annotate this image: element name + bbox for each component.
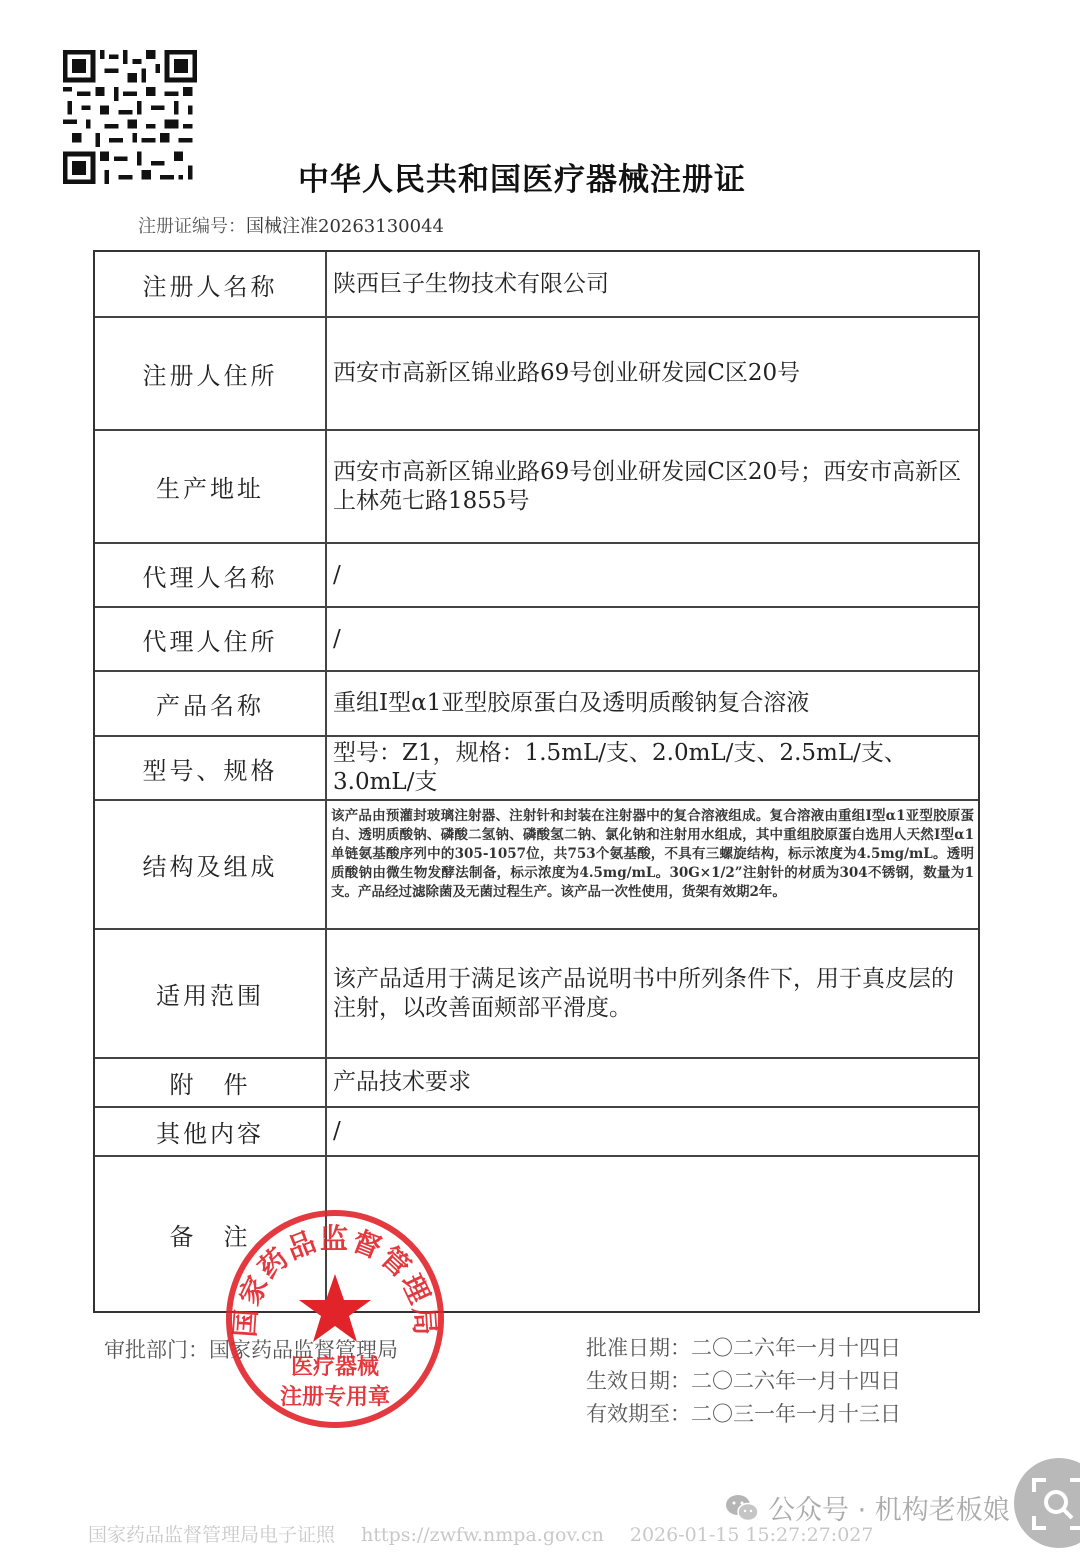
expiry-date: 有效期至：二〇三一年一月十三日 [586,1398,901,1431]
row-value: 西安市高新区锦业路69号创业研发园C区20号 [327,318,978,429]
row-label: 结构及组成 [95,801,327,928]
row-value: 该产品由预灌封玻璃注射器、注射针和封装在注射器中的复合溶液组成。复合溶液由重组I… [327,801,978,928]
row-label: 产品名称 [95,672,327,735]
official-seal-icon: 国家药品监督管理局 医疗器械 注册专用章 [222,1206,448,1432]
table-row: 注册人名称 陕西巨子生物技术有限公司 [95,252,978,318]
row-value: 型号：Z1，规格：1.5mL/支、2.0mL/支、2.5mL/支、3.0mL/支 [327,737,978,799]
row-value: 重组I型α1亚型胶原蛋白及透明质酸钠复合溶液 [327,672,978,735]
e-cert-url[interactable]: https://zwfw.nmpa.gov.cn [361,1524,604,1546]
document-title: 中华人民共和国医疗器械注册证 [298,154,746,199]
row-label: 生产地址 [95,431,327,542]
row-value: 该产品适用于满足该产品说明书中所列条件下，用于真皮层的注射，以改善面颊部平滑度。 [327,930,978,1057]
e-certificate-footer: 国家药品监督管理局电子证照 https://zwfw.nmpa.gov.cn 2… [88,1520,893,1547]
wechat-icon [724,1493,760,1523]
row-value: 西安市高新区锦业路69号创业研发园C区20号；西安市高新区上林苑七路1855号 [327,431,978,542]
table-row: 代理人住所 / [95,608,978,672]
table-row: 型号、规格 型号：Z1，规格：1.5mL/支、2.0mL/支、2.5mL/支、3… [95,737,978,801]
image-search-button[interactable] [1014,1458,1080,1548]
table-row: 结构及组成 该产品由预灌封玻璃注射器、注射针和封装在注射器中的复合溶液组成。复合… [95,801,978,930]
table-row: 注册人住所 西安市高新区锦业路69号创业研发园C区20号 [95,318,978,431]
row-label: 代理人住所 [95,608,327,670]
table-row: 附 件 产品技术要求 [95,1059,978,1108]
registration-number-value: 国械注准20263130044 [246,216,444,237]
row-label: 注册人名称 [95,252,327,316]
row-value: / [327,608,978,670]
e-cert-timestamp: 2026-01-15 15:27:27:027 [630,1524,874,1546]
dates-block: 批准日期：二〇二六年一月十四日 生效日期：二〇二六年一月十四日 有效期至：二〇三… [586,1332,901,1431]
approval-date: 批准日期：二〇二六年一月十四日 [586,1332,901,1365]
e-cert-issuer: 国家药品监督管理局电子证照 [88,1524,335,1546]
qr-code-icon [62,50,198,184]
effective-date: 生效日期：二〇二六年一月十四日 [586,1365,901,1398]
row-value: / [327,1108,978,1155]
svg-text:医疗器械: 医疗器械 [291,1354,380,1380]
row-label: 其他内容 [95,1108,327,1155]
registration-table: 注册人名称 陕西巨子生物技术有限公司 注册人住所 西安市高新区锦业路69号创业研… [93,250,980,1313]
row-label: 型号、规格 [95,737,327,799]
row-value: 产品技术要求 [327,1059,978,1106]
table-row: 代理人名称 / [95,544,978,608]
registration-number-label: 注册证编号： [138,216,246,237]
row-value: / [327,544,978,606]
row-label: 适用范围 [95,930,327,1057]
table-row: 其他内容 / [95,1108,978,1157]
image-search-icon [1028,1474,1080,1534]
row-label: 附 件 [95,1059,327,1106]
registration-number: 注册证编号：国械注准20263130044 [138,212,444,238]
table-row: 生产地址 西安市高新区锦业路69号创业研发园C区20号；西安市高新区上林苑七路1… [95,431,978,544]
row-value: 陕西巨子生物技术有限公司 [327,252,978,316]
table-row: 适用范围 该产品适用于满足该产品说明书中所列条件下，用于真皮层的注射，以改善面颊… [95,930,978,1059]
row-label: 注册人住所 [95,318,327,429]
row-label: 代理人名称 [95,544,327,606]
table-row: 产品名称 重组I型α1亚型胶原蛋白及透明质酸钠复合溶液 [95,672,978,737]
svg-text:注册专用章: 注册专用章 [280,1384,390,1410]
approval-department-label: 审批部门： [104,1338,209,1362]
